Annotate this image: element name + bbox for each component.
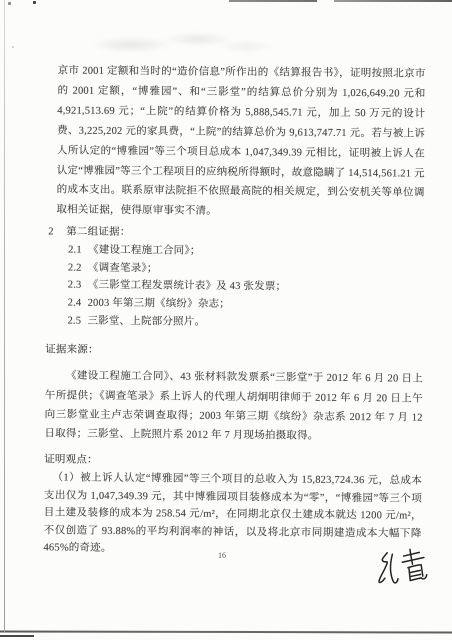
item-number: 2.3: [68, 277, 88, 295]
section2-heading: 2 第二组证据：: [46, 224, 424, 244]
signature-icon: [372, 542, 439, 596]
section-title: 第二组证据：: [66, 224, 130, 242]
item-number: 2.4: [68, 295, 88, 313]
list-item: 2.5 三影堂、上院部分照片。: [45, 312, 423, 333]
proof-opinion-paragraph: （1）被上诉人认定“博雅园”等三个项目的总收入为 15,823,724.36 元…: [43, 470, 422, 560]
item-number: 2.2: [68, 259, 88, 277]
scan-speck: [8, 2, 11, 5]
handwritten-signature: [372, 542, 439, 596]
scan-edge-bottom: [0, 631, 452, 634]
item-text: 2003 年第三期《缤纷》杂志；: [88, 295, 230, 314]
scan-edge-top: [334, 0, 452, 2]
continuation-paragraph: 京市 2001 定额和当时的“造价信息”所作出的《结算报告书》，证明按照北京市的…: [56, 61, 425, 223]
scan-edge-left: [4, 0, 5, 633]
document-body: 京市 2001 定额和当时的“造价信息”所作出的《结算报告书》，证明按照北京市的…: [43, 61, 425, 560]
section-number: 2: [48, 224, 66, 241]
proof-opinion-heading: 证明观点：: [44, 452, 422, 472]
evidence-source-heading: 证据来源：: [45, 342, 423, 362]
scan-speck: [33, 1, 36, 4]
scan-edge-bottom-mark: [0, 635, 34, 637]
item-text: 《建设工程施工合同》；: [88, 242, 201, 261]
scanned-page: 京市 2001 定额和当时的“造价信息”所作出的《结算报告书》，证明按照北京市的…: [0, 0, 452, 640]
item-text: 《三影堂工程发票统计表》及 43 张发票；: [88, 277, 287, 296]
item-text: 三影堂、上院部分照片。: [87, 312, 205, 331]
item-text: 《调查笔录》；: [88, 260, 158, 278]
evidence-list: 2.1 《建设工程施工合同》； 2.2 《调查笔录》； 2.3 《三影堂工程发票…: [45, 242, 424, 333]
ink-bleedthrough-smudge: [68, 22, 278, 60]
scan-speck: [12, 46, 14, 48]
item-number: 2.5: [67, 312, 87, 330]
evidence-source-paragraph: 《建设工程施工合同》、43 张材料款发票系“三影堂”于 2012 年 6 月 2…: [44, 367, 423, 447]
scan-edge-top: [229, 0, 317, 2]
item-number: 2.1: [68, 242, 88, 260]
